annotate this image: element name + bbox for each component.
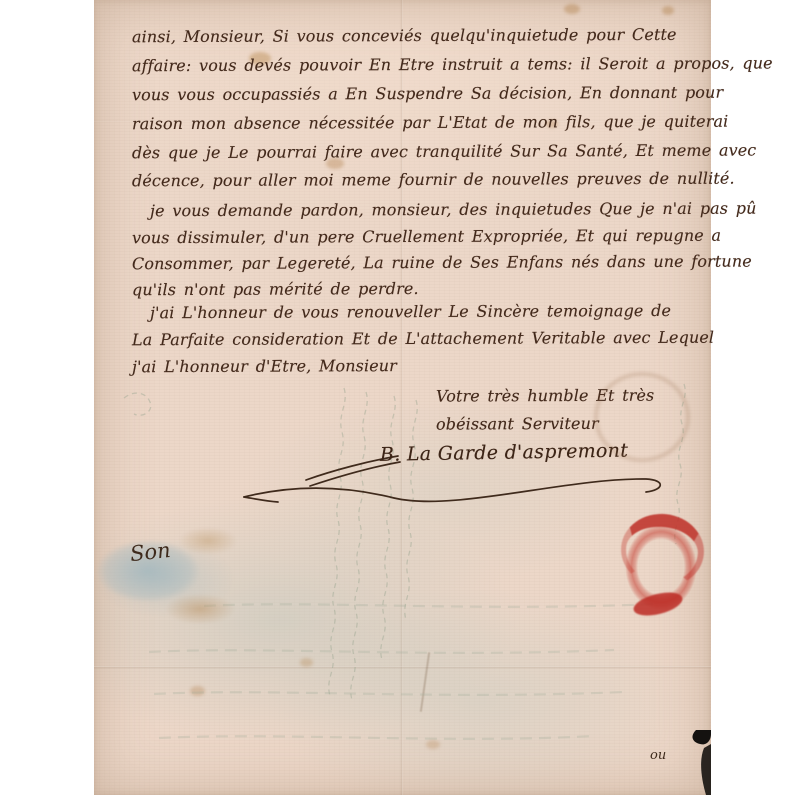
foxing-spot [564, 4, 580, 14]
paper-wrinkle [420, 652, 430, 712]
letter-line: raison mon absence nécessitée par L'Etat… [132, 110, 697, 136]
ink-stain [84, 523, 284, 623]
letter-line: affaire: vous devés pouvoir En Etre inst… [132, 52, 697, 78]
letter-line: La Parfaite consideration Et de L'attach… [132, 326, 697, 352]
letter-line: j'ai L'honneur de vous renouveller Le Si… [150, 299, 715, 325]
letter-page: ainsi, Monsieur, Si vous conceviés quelq… [94, 0, 711, 795]
letter-line: décence, pour aller moi meme fournir de … [132, 167, 697, 193]
paper-tear [682, 730, 711, 795]
foxing-spot [662, 6, 674, 15]
letter-line: dès que je Le pourrai faire avec tranqui… [132, 139, 697, 165]
postal-stamp-ghost [594, 372, 690, 462]
wax-seal [615, 512, 707, 622]
foxing-spot [190, 686, 205, 696]
horizontal-fold-crease [94, 666, 711, 669]
letter-line: vous dissimuler, d'un pere Cruellement E… [132, 224, 697, 250]
marginal-note-ou: ou [650, 748, 666, 763]
letter-line: j'ai L'honneur d'Etre, Monsieur [132, 353, 697, 379]
letter-line: je vous demande pardon, monsieur, des in… [150, 197, 715, 223]
marginal-note-son: Son [129, 538, 172, 566]
letter-line: Consommer, par Legereté, La ruine de Ses… [132, 250, 697, 276]
foxing-spot [426, 740, 440, 749]
letter-line: ainsi, Monsieur, Si vous conceviés quelq… [132, 23, 697, 49]
foxing-spot [300, 658, 313, 667]
letter-line: vous vous occupassiés a En Suspendre Sa … [132, 81, 697, 107]
